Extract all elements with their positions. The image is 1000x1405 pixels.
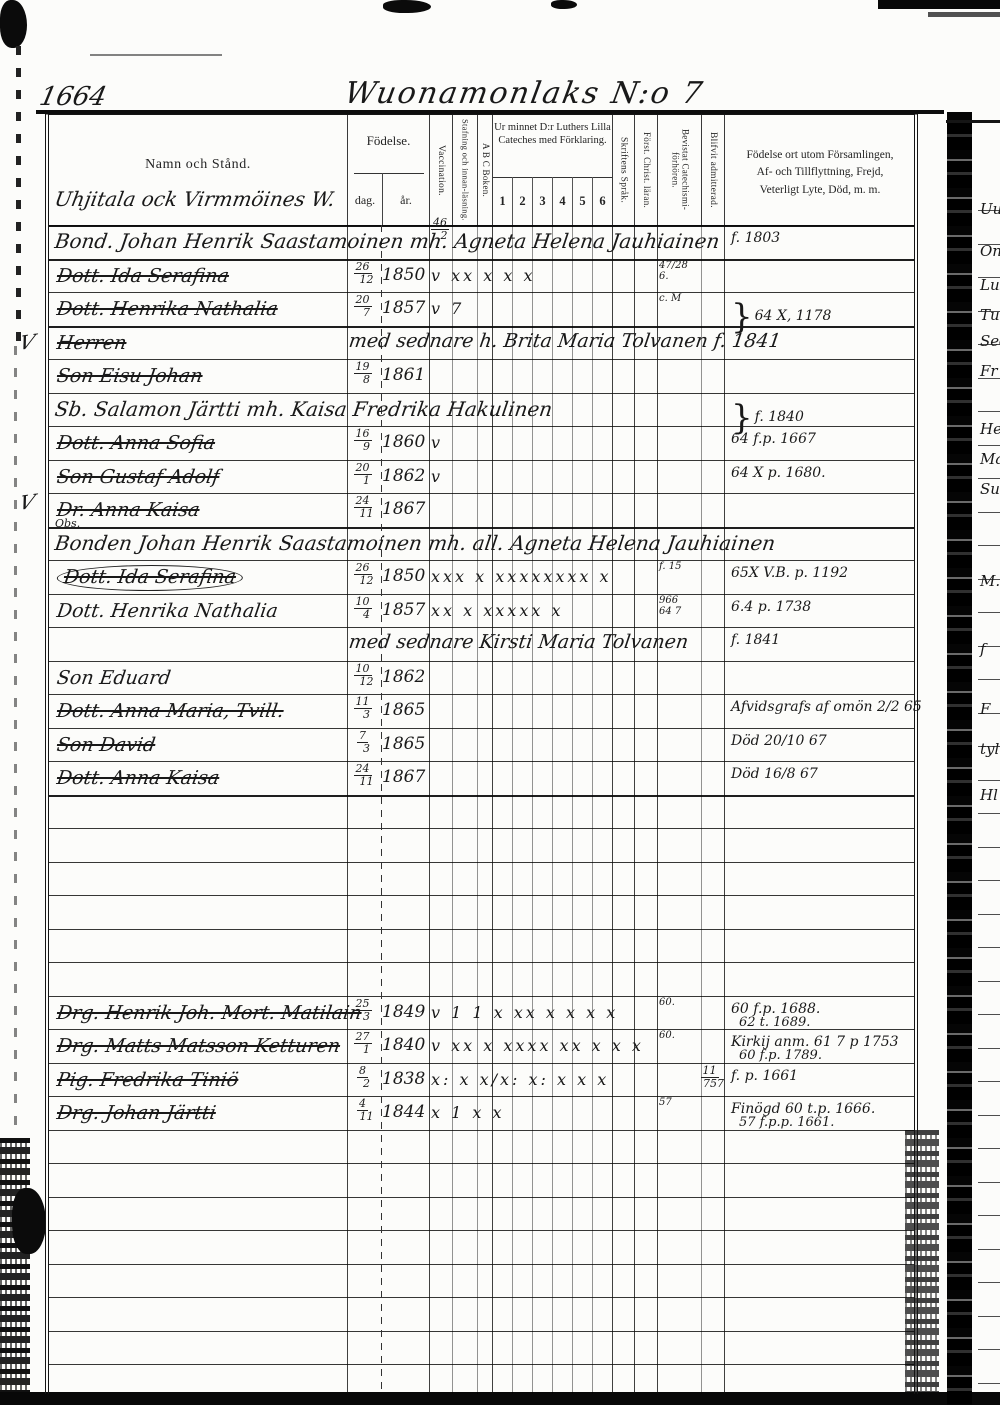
facing-row-rule	[978, 545, 1000, 546]
facing-text-fragment: Mar	[980, 450, 1000, 468]
scan-artifact	[14, 346, 17, 1136]
table-row: Dott. Henrika Nathalia2071857v 7c. M}64 …	[49, 292, 914, 325]
facing-row-rule	[978, 813, 1000, 814]
birth-day: 82	[348, 1065, 381, 1089]
table-row: Dott. Henrika Nathalia1041857xx x xxxxx …	[49, 594, 914, 627]
bevistat-note: 966 64 7	[659, 595, 701, 617]
margin-note: Död 20/10 67	[731, 733, 916, 749]
facing-text-fragment: Fr	[980, 362, 998, 380]
birth-day: 253	[348, 998, 381, 1022]
birth-year: 1867	[382, 767, 428, 787]
date-fraction: 113	[356, 696, 374, 720]
birth-year: 1857	[382, 298, 428, 318]
date-fraction: 2411	[356, 763, 374, 787]
birth-day: 271	[348, 1031, 381, 1055]
facing-row-rule	[978, 411, 1000, 412]
date-fraction: 73	[359, 730, 370, 754]
facing-text-fragment: Sut	[980, 480, 1000, 498]
header-fodelseort: Födelse ort utom Församlingen, Af- och T…	[724, 115, 914, 225]
facing-row-rule	[978, 1349, 1000, 1350]
fodelse-label: Födelse.	[348, 133, 429, 149]
fodelseort-line3: Veterligt Lyte, Död, m. m.	[729, 182, 911, 199]
facing-row-rule	[978, 512, 1000, 513]
birth-year: 1867	[382, 499, 428, 519]
bevistat-note: 60.	[659, 997, 701, 1008]
obs-note: Obs.	[55, 517, 80, 530]
table-row: Dott. Anna Kaisa24111867Död 16/8 67	[49, 761, 914, 794]
margin-note: 65X V.B. p. 1192	[731, 565, 916, 581]
spouse-entry: med sednare h. Brita Maria Tolvanen f. 1…	[347, 330, 782, 352]
person-name: Son Eduard	[55, 667, 172, 689]
facing-row-rule	[978, 981, 1000, 982]
date-fraction: 169	[356, 428, 374, 452]
date-fraction: 11757	[701, 1065, 722, 1089]
facing-row-rule	[978, 478, 1000, 479]
table-row: Drg. Johan Järtti4111844x 1 x x57Finögd …	[49, 1096, 914, 1129]
date-fraction: 253	[356, 998, 374, 1022]
person-name: Drg. Henrik Joh. Mort. Matilain	[55, 1002, 363, 1024]
birth-day: 113	[348, 696, 381, 720]
facing-page-top-rule	[946, 120, 1000, 123]
row-rule	[49, 1364, 914, 1365]
facing-row-rule	[978, 1249, 1000, 1250]
birth-day: 73	[348, 730, 381, 754]
facing-row-rule	[978, 445, 1000, 446]
exam-marks: v 1 1 x xx x x x x	[431, 1003, 659, 1022]
fodelseort-label: Födelse ort utom Församlingen, Af- och T…	[729, 147, 911, 199]
facing-row-rule	[978, 880, 1000, 881]
facing-row-rule	[978, 1282, 1000, 1283]
birth-year: 1862	[382, 667, 428, 687]
header-namn-och-stand: Namn och Stånd. Uhjitala ock Virmmöines …	[49, 115, 347, 225]
person-name: Dott. Anna Sofia	[55, 432, 216, 454]
admitterad-note: 11757	[701, 1065, 725, 1089]
facing-text-fragment: Tutt	[980, 306, 1000, 324]
margin-note: Död 16/8 67	[731, 766, 916, 782]
cateches-col-3: 3	[532, 177, 552, 225]
birth-day: 2612	[348, 562, 381, 586]
table-header: Namn och Stånd. Uhjitala ock Virmmöines …	[49, 115, 914, 227]
scanned-ledger-page: 1664 Wuonamonlaks N:o 7 Namn och Stånd. …	[0, 0, 1000, 1405]
family-entry: Bond. Johan Henrik Saastamoinen mh. Agne…	[53, 229, 721, 253]
birth-year: 1838	[382, 1069, 428, 1089]
birth-day: 2411	[348, 495, 381, 519]
table-row: Dott. Anna Sofia1691860v64 f.p. 1667	[49, 426, 914, 459]
row-rule	[49, 1163, 914, 1164]
margin-note: 64 X p. 1680.	[731, 465, 916, 481]
namn-handwriting: Uhjitala ock Virmmöines W.	[53, 187, 337, 211]
bevistat-note: 60.	[659, 1030, 701, 1041]
header-vaccination: Vaccination.	[429, 115, 452, 225]
row-rule	[49, 795, 914, 797]
row-rule	[49, 828, 914, 829]
scan-artifact	[0, 0, 27, 48]
margin-note: 64 f.p. 1667	[731, 431, 916, 447]
row-rule	[49, 1297, 914, 1298]
bevistat-note: c. M	[659, 293, 701, 304]
birth-year: 1844	[382, 1102, 428, 1122]
facing-row-rule	[978, 1383, 1000, 1384]
header-bevistat-catechismi: Bevistat Catechismi-förhören.	[657, 115, 701, 225]
table-row: Son Eisu Johan1981861	[49, 359, 914, 392]
scan-artifact	[928, 12, 1000, 17]
birth-day: 207	[348, 294, 381, 318]
cateches-col-2: 2	[512, 177, 532, 225]
birth-year: 1850	[382, 265, 428, 285]
header-skriftens-sprak: Skriftens Språk.	[612, 115, 634, 225]
table-row: Herrenmed sednare h. Brita Maria Tolvane…	[49, 326, 914, 359]
margin-note-2: 57 f.p.p. 1661.	[739, 1115, 919, 1130]
facing-text-fragment: F	[980, 700, 990, 718]
table-row: Son Eduard10121862	[49, 661, 914, 694]
namn-label: Namn och Stånd.	[49, 157, 347, 173]
facing-row-rule	[978, 1081, 1000, 1082]
facing-text-fragment: tyl	[980, 740, 999, 758]
scan-artifact	[12, 1188, 46, 1254]
cateches-col-1: 1	[493, 177, 512, 225]
person-name: Pig. Fredrika Tiniö	[55, 1069, 239, 1091]
header-forst-christ-laran: Först. Christ. läran.	[634, 115, 657, 225]
person-name: Son Gustaf Adolf	[55, 466, 220, 488]
birth-day: 104	[348, 596, 381, 620]
header-blifvit-admitterad: Blifvit admitterad.	[701, 115, 724, 225]
facing-row-rule	[978, 914, 1000, 915]
facing-text-fragment: Uu	[980, 200, 1000, 218]
facing-row-rule	[978, 1048, 1000, 1049]
birth-year: 1860	[382, 432, 428, 452]
exam-marks: v	[431, 433, 659, 452]
date-fraction: 2411	[356, 495, 374, 519]
facing-row-rule	[978, 1148, 1000, 1149]
birth-day: 411	[348, 1098, 381, 1122]
fodelseort-line2: Af- och Tillflyttning, Frejd,	[729, 164, 911, 181]
table-row: Drg. Henrik Joh. Mort. Matilain2531849v …	[49, 996, 914, 1029]
facing-text-fragment: M.	[980, 572, 1000, 590]
date-fraction: 82	[359, 1065, 370, 1089]
table-row: Pig. Fredrika Tiniö821838x: x x/x: x: x …	[49, 1063, 914, 1096]
bevistat-note: f. 15	[659, 561, 701, 572]
scan-artifact	[383, 0, 431, 13]
facing-row-rule	[978, 780, 1000, 781]
birth-year: 1840	[382, 1035, 428, 1055]
row-rule	[49, 1264, 914, 1265]
facing-row-rule	[978, 612, 1000, 613]
person-name: Son David	[55, 734, 156, 756]
table-row: Son David731865Död 20/10 67	[49, 728, 914, 761]
row-rule	[49, 962, 914, 963]
margin-check-mark: V	[17, 489, 37, 515]
scan-artifact	[878, 0, 1000, 9]
date-fraction: 2612	[356, 261, 374, 285]
facing-row-rule	[978, 947, 1000, 948]
date-fraction: 271	[356, 1031, 374, 1055]
facing-text-fragment: Onn	[980, 242, 1000, 260]
bevistat-note: 57	[659, 1097, 701, 1108]
facing-row-rule	[978, 1316, 1000, 1317]
facing-text-fragment: f	[980, 640, 986, 658]
row-rule	[49, 1230, 914, 1231]
family-entry: Sb. Salamon Järtti mh. Kaisa Fredrika Ha…	[53, 397, 554, 421]
header-abc-boken: A B C Boken.	[477, 115, 492, 225]
table-row: Drg. Matts Matsson Ketturen2711840v xx x…	[49, 1029, 914, 1062]
person-name: Dott. Ida Serafina	[55, 265, 230, 287]
person-name: Dott. Henrika Nathalia	[55, 600, 279, 622]
facing-text-fragment: He	[980, 420, 1000, 438]
dag-label: dag.	[348, 193, 382, 208]
exam-marks: v xx x x x	[431, 266, 659, 285]
header-fodelse: Födelse. dag. år.	[347, 115, 429, 225]
table-row: Son Gustaf Adolf2011862v64 X p. 1680.	[49, 460, 914, 493]
scan-artifact	[16, 46, 21, 346]
spouse-entry: med sednare Kirsti Maria Tolvanen	[347, 631, 689, 653]
date-fraction: 2612	[356, 562, 374, 586]
margin-note-2: 60 f.p. 1789.	[739, 1048, 919, 1063]
row-rule	[49, 862, 914, 863]
table-row: Obs.Bonden Johan Henrik Saastamoinen mh.…	[49, 527, 914, 560]
person-name: Dott. Ida Serafina	[55, 566, 244, 588]
cateches-col-4: 4	[552, 177, 572, 225]
row-rule	[49, 895, 914, 896]
margin-note: f. 1841	[731, 632, 916, 648]
facing-text-fragment: Hl	[980, 786, 998, 804]
exam-marks: v xx x xxxx xx x x x	[431, 1036, 659, 1055]
birth-day: 169	[348, 428, 381, 452]
birth-day: 201	[348, 462, 381, 486]
book-gutter-shadow	[947, 112, 972, 1405]
margin-note: f. p. 1661	[731, 1068, 916, 1084]
fodelse-divider	[354, 173, 424, 174]
facing-row-rule	[978, 679, 1000, 680]
table-row: Dott. Anna Maria, Tvill.1131865Afvidsgra…	[49, 694, 914, 727]
page-title: Wuonamonlaks N:o 7	[342, 76, 707, 111]
row-rule	[49, 1331, 914, 1332]
person-name: Drg. Matts Matsson Ketturen	[55, 1035, 341, 1057]
person-name: Herren	[55, 332, 128, 354]
birth-year: 1862	[382, 466, 428, 486]
exam-marks: v 7	[431, 299, 659, 318]
scan-artifact	[0, 1138, 30, 1405]
facing-row-rule	[978, 1014, 1000, 1015]
facing-row-rule	[978, 847, 1000, 848]
circled-name: Dott. Ida Serafina	[55, 565, 245, 591]
table-row: Dott. Ida Serafina26121850v xx x x x47/2…	[49, 259, 914, 292]
birth-year: 1849	[382, 1002, 428, 1022]
birth-day: 2411	[348, 763, 381, 787]
page-number: 1664	[37, 82, 110, 112]
facing-text-fragment: Sed.	[980, 332, 1000, 350]
person-name: Dott. Henrika Nathalia	[55, 298, 279, 320]
margin-note: 6.4 p. 1738	[731, 599, 916, 615]
exam-marks: v	[431, 467, 659, 486]
facing-text-fragment: Lus	[980, 276, 1000, 294]
facing-row-rule	[978, 1115, 1000, 1116]
birth-year: 1861	[382, 365, 428, 385]
birth-day: 1012	[348, 663, 381, 687]
date-fraction: 201	[356, 462, 374, 486]
birth-year: 1865	[382, 700, 428, 720]
header-stafning: Stafning och innan-läsning.	[452, 115, 477, 225]
table-row: Sb. Salamon Järtti mh. Kaisa Fredrika Ha…	[49, 393, 914, 426]
cateches-col-5: 5	[572, 177, 592, 225]
birth-day: 2612	[348, 261, 381, 285]
date-fraction: 207	[356, 294, 374, 318]
table-row: Dott. Ida Serafina26121850xxx x xxxxxxxx…	[49, 560, 914, 593]
table-row: med sednare Kirsti Maria Tolvanenf. 1841	[49, 627, 914, 660]
date-fraction: 198	[356, 361, 374, 385]
scan-artifact	[90, 54, 222, 56]
cateches-col-6: 6	[592, 177, 612, 225]
header-cateches: Ur minnet D:r Luthers Lilla Cateches med…	[492, 115, 612, 225]
facing-row-rule	[978, 1215, 1000, 1216]
birth-year: 1850	[382, 566, 428, 586]
vaccination-scribble: 462	[433, 217, 451, 241]
fodelseort-line1: Födelse ort utom Församlingen,	[729, 147, 911, 164]
table-row: Dr. Anna Kaisa24111867	[49, 493, 914, 526]
ar-label: år.	[382, 193, 430, 208]
bevistat-note: 47/28 6.	[659, 260, 701, 282]
row-rule	[49, 929, 914, 930]
table-row: Bond. Johan Henrik Saastamoinen mh. Agne…	[49, 225, 914, 258]
facing-row-rule	[978, 1182, 1000, 1183]
date-fraction: 104	[356, 596, 374, 620]
person-name: Dott. Anna Maria, Tvill.	[55, 700, 285, 722]
ledger-table: Namn och Stånd. Uhjitala ock Virmmöines …	[45, 114, 918, 1394]
birth-year: 1865	[382, 734, 428, 754]
row-rule	[49, 1197, 914, 1198]
person-name: Dott. Anna Kaisa	[55, 767, 220, 789]
exam-marks: x 1 x x	[431, 1103, 659, 1122]
margin-note-2: 62 t. 1689.	[739, 1015, 919, 1030]
margin-note: f. 1803	[731, 230, 916, 246]
person-name: Drg. Johan Järtti	[55, 1102, 217, 1124]
date-fraction: 1012	[356, 663, 374, 687]
family-entry: Bonden Johan Henrik Saastamoinen mh. all…	[53, 531, 777, 555]
date-fraction: 462	[433, 217, 451, 241]
cateches-label: Ur minnet D:r Luthers Lilla Cateches med…	[493, 121, 612, 147]
date-fraction: 411	[358, 1098, 372, 1122]
margin-note: Afvidsgrafs af omön 2/2 65	[731, 699, 916, 715]
person-name: Son Eisu Johan	[55, 365, 204, 387]
exam-marks: xx x xxxxx x	[431, 601, 659, 620]
scan-artifact	[551, 0, 577, 9]
birth-year: 1857	[382, 600, 428, 620]
birth-day: 198	[348, 361, 381, 385]
exam-marks: xxx x xxxxxxxx x	[431, 567, 659, 586]
cateches-numbers: 123456	[493, 177, 612, 225]
exam-marks: x: x x/x: x: x x x	[431, 1070, 659, 1089]
